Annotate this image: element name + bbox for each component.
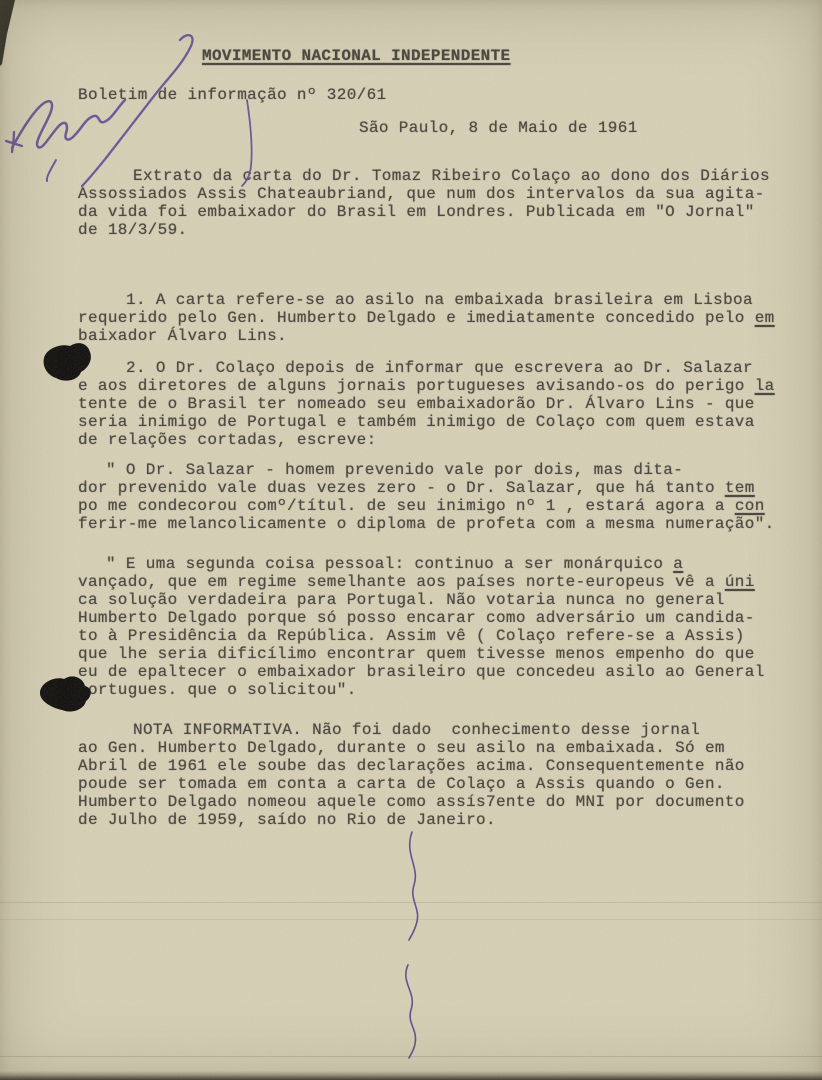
corner-shadow bbox=[0, 0, 15, 66]
text-line: requerido pelo Gen. Humberto Delgado e i… bbox=[78, 309, 775, 327]
text-line: tente de o Brasil ter nomeado seu embaix… bbox=[78, 395, 775, 413]
text-line: Assossiados Assis Chateaubriand, que num… bbox=[78, 185, 770, 203]
page-bottom-edge-shadow bbox=[0, 1071, 822, 1080]
bulletin-number-line: Boletim de informação nº 320/61 bbox=[78, 86, 387, 104]
text-line: po me condecorou comº/títul. de seu inim… bbox=[78, 497, 775, 515]
paragraph-item1: 1. A carta refere-se ao asilo na embaixa… bbox=[78, 291, 775, 345]
text-line: Abril de 1961 ele soube das declarações … bbox=[78, 757, 745, 775]
pen-squiggle-upper bbox=[409, 832, 418, 940]
text-line: da vida foi embaixador do Brasil em Lond… bbox=[78, 203, 770, 221]
text-line: NOTA INFORMATIVA. Não foi dado conhecime… bbox=[78, 721, 745, 739]
scan-line bbox=[0, 1056, 822, 1057]
text-line: " O Dr. Salazar - homem prevenido vale p… bbox=[78, 461, 775, 479]
text-line: ao Gen. Humberto Delgado, durante o seu … bbox=[78, 739, 745, 757]
paragraph-item2: 2. O Dr. Colaço depois de informar que e… bbox=[78, 359, 775, 449]
text-line: dor prevenido vale duas vezes zero - o D… bbox=[78, 479, 775, 497]
text-line: eu de epaltecer o embaixador brasileiro … bbox=[78, 663, 765, 681]
paragraph-quote1: " O Dr. Salazar - homem prevenido vale p… bbox=[78, 461, 775, 533]
text-line: 2. O Dr. Colaço depois de informar que e… bbox=[78, 359, 775, 377]
text-line: de Julho de 1959, saído no Rio de Janeir… bbox=[78, 811, 745, 829]
text-line: vançado, que em regime semelhante aos pa… bbox=[78, 573, 765, 591]
paragraph-nota: NOTA INFORMATIVA. Não foi dado conhecime… bbox=[78, 721, 745, 829]
text-line: ca solução verdadeira para Portugal. Não… bbox=[78, 591, 765, 609]
text-line: de 18/3/59. bbox=[78, 221, 770, 239]
scanned-document-page: MOVIMENTO NACIONAL INDEPENDENTE Boletim … bbox=[0, 0, 822, 1080]
text-line: " E uma segunda coisa pessoal: continuo … bbox=[78, 555, 765, 573]
scan-line bbox=[0, 919, 822, 920]
handwritten-marks-layer bbox=[0, 0, 822, 1080]
text-line: poude ser tomada em conta a carta de Col… bbox=[78, 775, 745, 793]
scan-line bbox=[0, 902, 822, 903]
text-line: to à Presidência da República. Assim vê … bbox=[78, 627, 765, 645]
text-line: 1. A carta refere-se ao asilo na embaixa… bbox=[78, 291, 775, 309]
text-line: que lhe seria dificílimo encontrar quem … bbox=[78, 645, 765, 663]
document-title: MOVIMENTO NACIONAL INDEPENDENTE bbox=[202, 47, 511, 65]
paragraph-quote2: " E uma segunda coisa pessoal: continuo … bbox=[78, 555, 765, 699]
pen-squiggle-lower bbox=[406, 965, 416, 1058]
text-line: de relações cortadas, escreve: bbox=[78, 431, 775, 449]
text-line: ferir-me melancolicamente o diploma de p… bbox=[78, 515, 775, 533]
text-line: baixador Álvaro Lins. bbox=[78, 327, 775, 345]
paper-texture bbox=[0, 0, 822, 1080]
dateline: São Paulo, 8 de Maio de 1961 bbox=[359, 119, 638, 137]
text-line: Humberto Delgado nomeou aquele como assí… bbox=[78, 793, 745, 811]
text-line: Humberto Delgado porque só posso encarar… bbox=[78, 609, 765, 627]
text-line: portugues. que o solicitou". bbox=[78, 681, 765, 699]
paragraph-intro: Extrato da carta do Dr. Tomaz Ribeiro Co… bbox=[78, 167, 770, 239]
text-line: seria inimigo de Portugal e também inimi… bbox=[78, 413, 775, 431]
text-line: e aos diretores de alguns jornais portug… bbox=[78, 377, 775, 395]
text-line: Extrato da carta do Dr. Tomaz Ribeiro Co… bbox=[78, 167, 770, 185]
